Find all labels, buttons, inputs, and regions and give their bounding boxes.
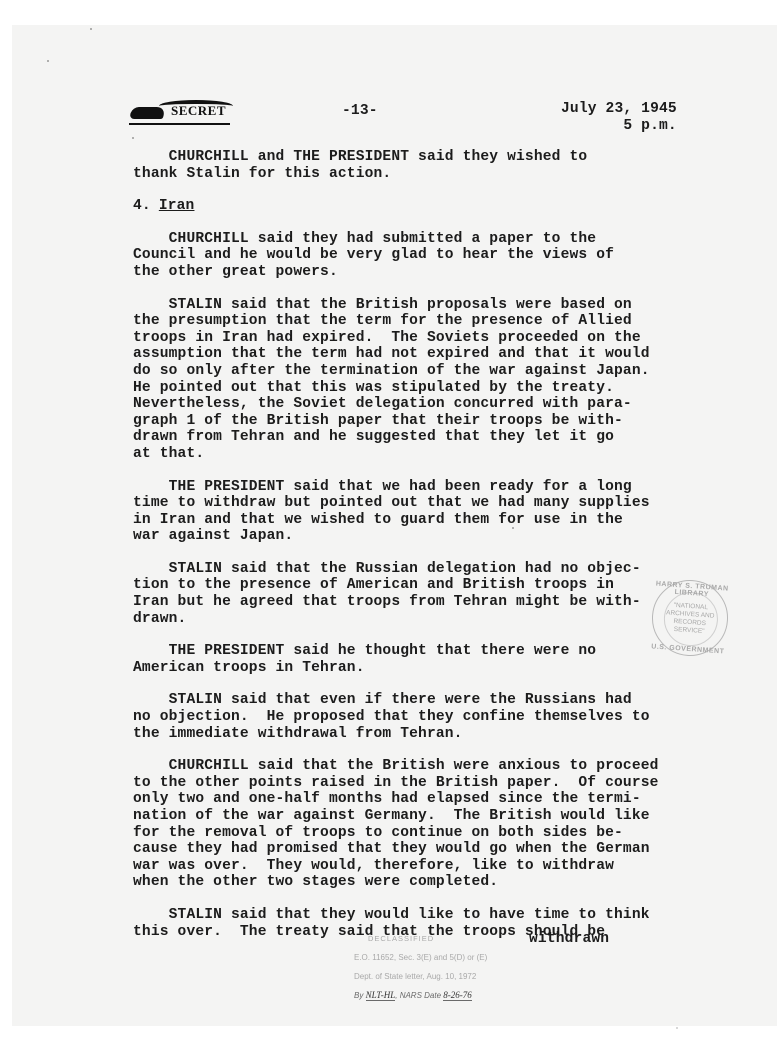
- declassification-reference: Dept. of State letter, Aug. 10, 1972: [354, 967, 487, 986]
- paragraph-president-supplies: THE PRESIDENT said that we had been read…: [133, 479, 733, 545]
- paragraph-stalin-proposals: STALIN said that the British proposals w…: [133, 297, 733, 463]
- paragraph-stalin-no-objection: STALIN said that the Russian delegation …: [133, 561, 733, 627]
- nars-date-label: , NARS Date: [395, 991, 441, 1000]
- document-page: SECRET -13- July 23, 1945 5 p.m. CHURCHI…: [12, 25, 777, 1026]
- declassified-label: DECLASSIFIED: [354, 929, 487, 948]
- paper-speck: [47, 60, 49, 62]
- paragraph-president-no-troops: THE PRESIDENT said he thought that there…: [133, 643, 733, 676]
- document-body: CHURCHILL and THE PRESIDENT said they wi…: [133, 149, 733, 956]
- continuation-word: withdrawn: [529, 931, 609, 947]
- paragraph-thanks: CHURCHILL and THE PRESIDENT said they wi…: [133, 149, 733, 182]
- paper-speck: [676, 1027, 678, 1029]
- meeting-date: July 23, 1945: [561, 101, 677, 117]
- declassification-stamp: DECLASSIFIED E.O. 11652, Sec. 3(E) and 5…: [354, 929, 487, 1005]
- paragraph-churchill-paper: CHURCHILL said they had submitted a pape…: [133, 231, 733, 281]
- meeting-datetime: July 23, 1945 5 p.m.: [561, 101, 677, 135]
- section-number: 4.: [133, 198, 151, 214]
- paper-speck: [512, 527, 514, 529]
- stamp-center: "NATIONAL ARCHIVES AND RECORDS SERVICE": [658, 601, 722, 637]
- paragraph-churchill-other-points: CHURCHILL said that the British were anx…: [133, 758, 733, 891]
- by-label: By: [354, 991, 363, 1000]
- redaction-stroke: [159, 100, 233, 112]
- section-heading: 4.Iran: [133, 198, 733, 215]
- section-title: Iran: [159, 198, 195, 214]
- paper-speck: [90, 28, 92, 30]
- declassification-authority: E.O. 11652, Sec. 3(E) and 5(D) or (E): [354, 948, 487, 967]
- classification-marking: SECRET: [129, 101, 230, 125]
- meeting-time: 5 p.m.: [561, 118, 677, 135]
- page-number: -13-: [342, 103, 378, 119]
- by-initials: NLT-HL: [366, 990, 396, 1001]
- declassification-signature-line: By NLT-HL, NARS Date 8-26-76: [354, 986, 487, 1005]
- declassification-date: 8-26-76: [443, 990, 472, 1001]
- paper-speck: [132, 137, 134, 139]
- paragraph-stalin-immediate-withdrawal: STALIN said that even if there were the …: [133, 692, 733, 742]
